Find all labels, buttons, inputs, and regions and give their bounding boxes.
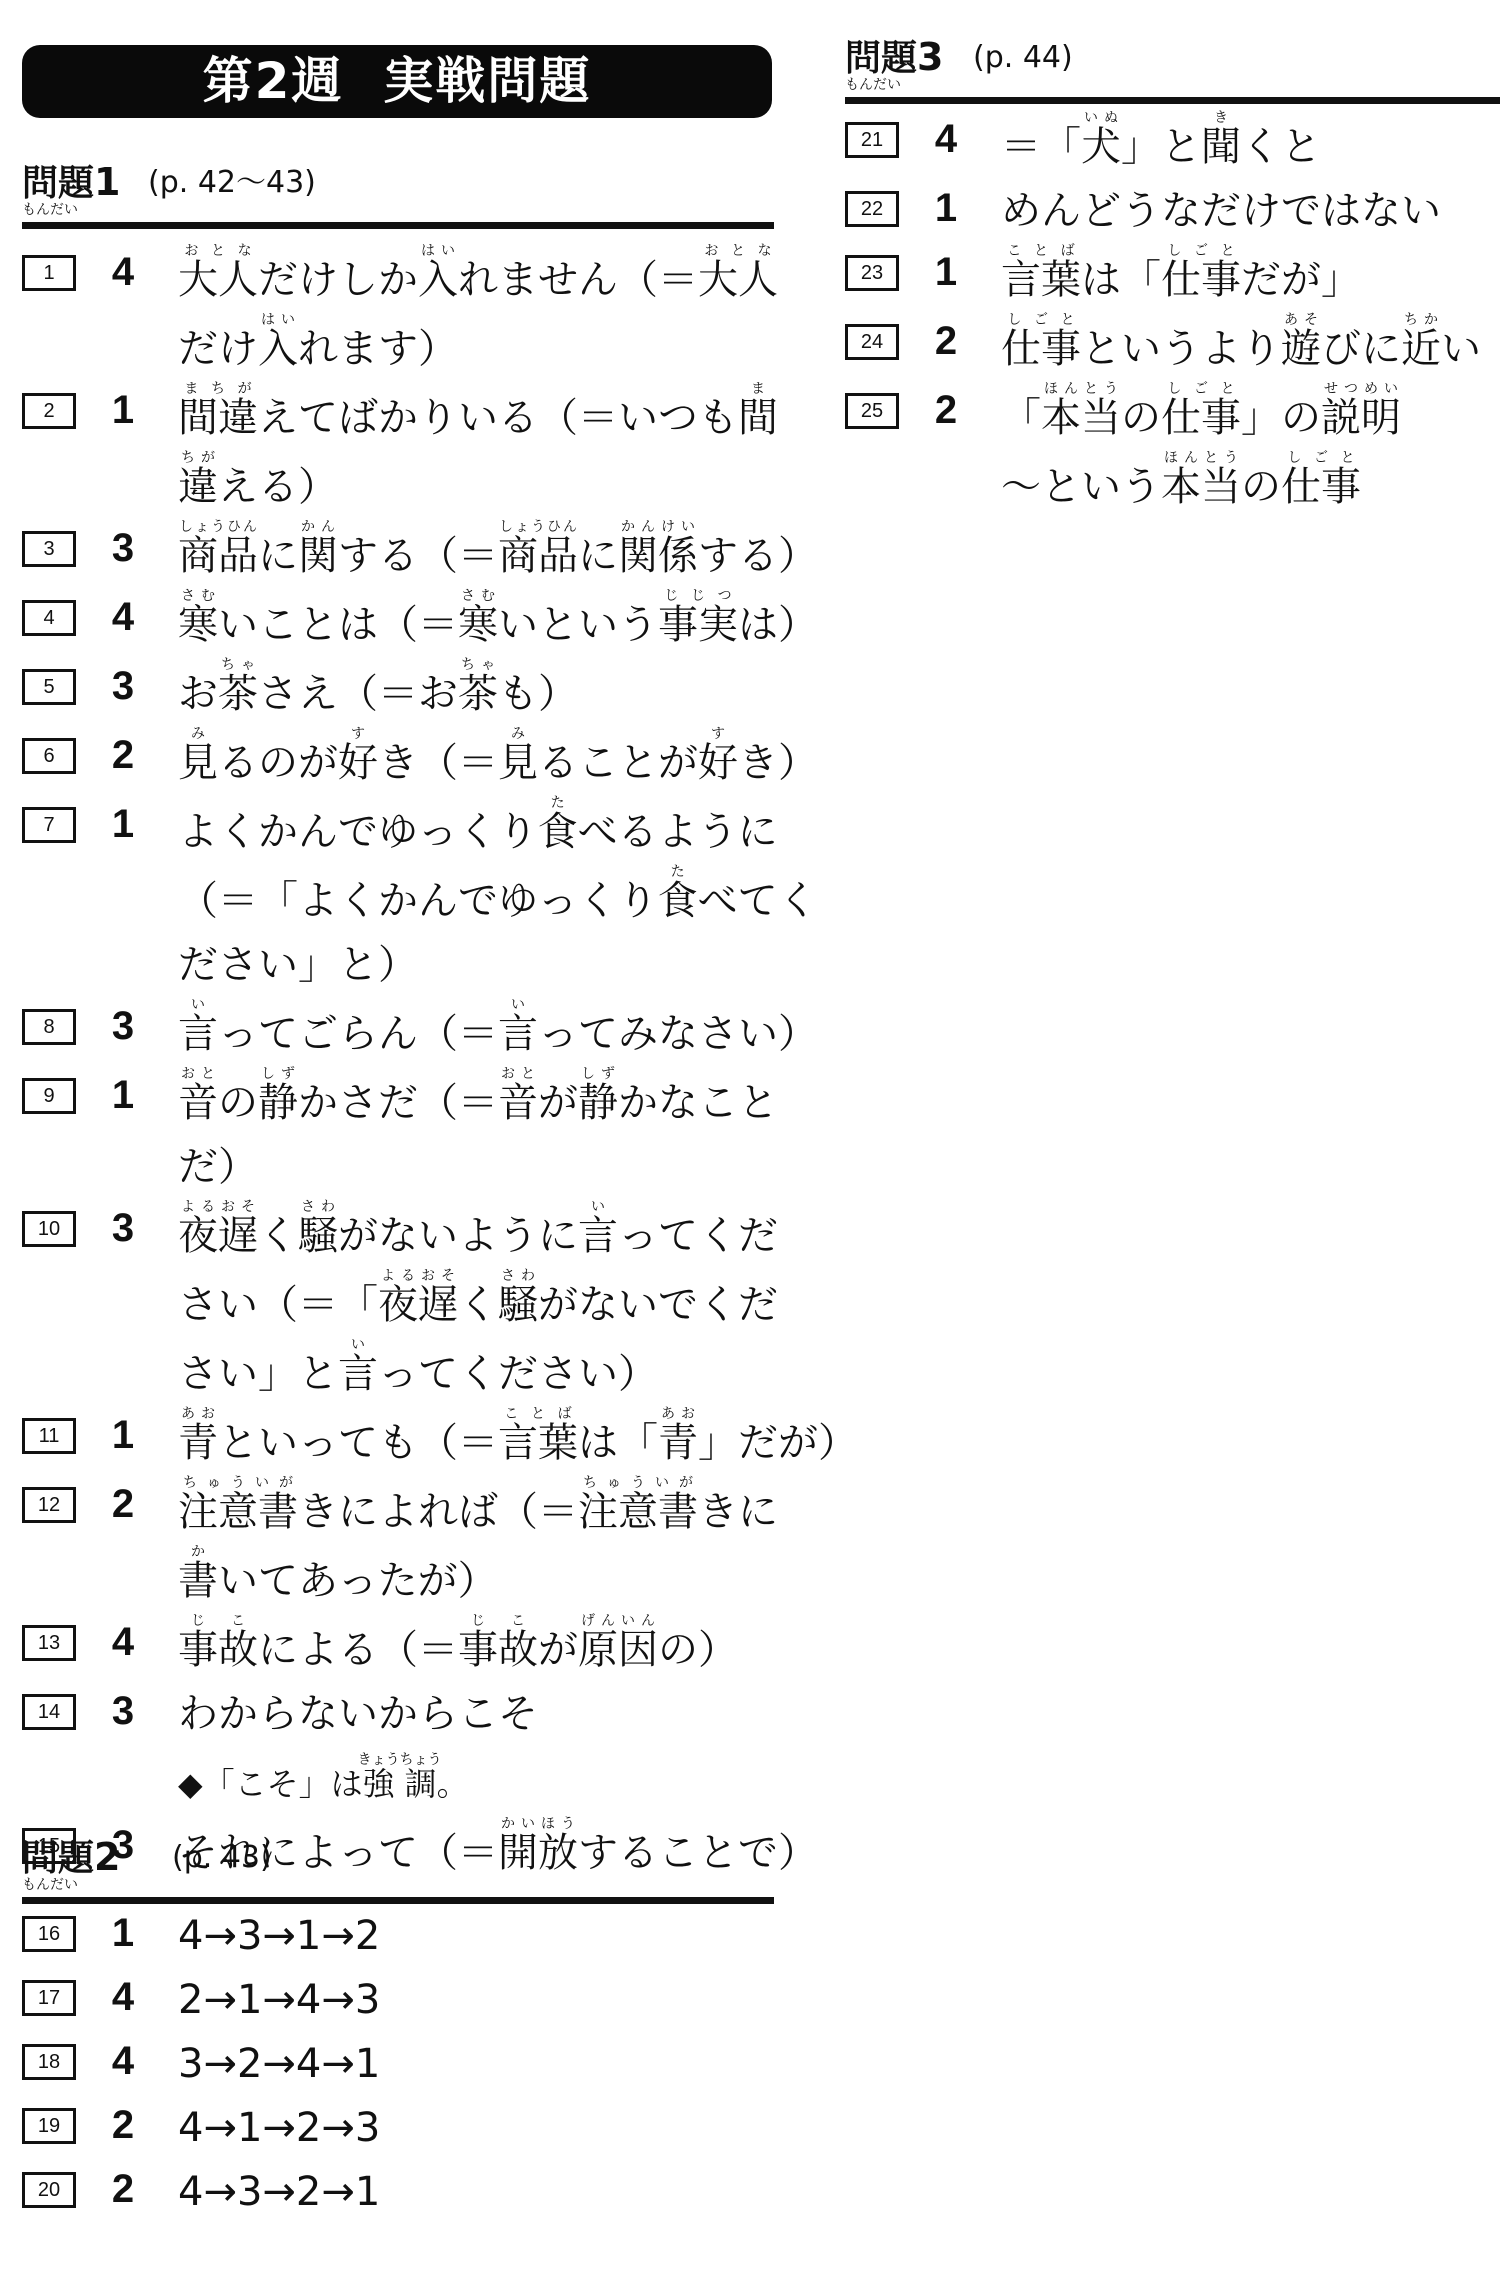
furigana-word: 騒さわ xyxy=(498,1282,538,1328)
furigana-word: 静しず xyxy=(258,1080,298,1126)
answer-choice: 1 xyxy=(92,1410,154,1460)
answer-explanation: 言葉ことばは「仕事しごとだが」 xyxy=(1001,243,1500,312)
explanation-line: 違ちがえる） xyxy=(178,450,778,519)
explanation-line: さい（＝「夜遅よるおそく騒さわがないでくだ xyxy=(178,1268,778,1337)
explanation-line: 注意書ちゅういがきによれば（＝注意書ちゅういがきに xyxy=(178,1475,778,1544)
furigana-word: 青あお xyxy=(178,1420,218,1466)
answer-row: 1614→3→1→2 xyxy=(22,1904,774,1968)
furigana-word: 騒さわ xyxy=(298,1213,338,1259)
answer-explanation: 言いってごらん（＝言いってみなさい） xyxy=(178,997,818,1066)
answer-explanation: よくかんでゆっくり食たべるように（＝「よくかんでゆっくり食たべてください」と） xyxy=(178,795,818,997)
question-number-box: 4 xyxy=(22,600,76,636)
furigana-word: 原因げんいん xyxy=(578,1627,658,1673)
answer-list: 214＝「犬いぬ」と聞きくと221めんどうなだけではない231言葉ことばは「仕事… xyxy=(845,110,1500,519)
explanation-line: 見みるのが好すき（＝見みることが好すき） xyxy=(178,726,818,795)
section-reading: もんだい xyxy=(22,1877,78,1893)
answer-row: 33商品しょうひんに関かんする（＝商品しょうひんに関係かんけいする） xyxy=(22,519,774,588)
question-number-box: 1 xyxy=(22,255,76,291)
answer-row: 1924→1→2→3 xyxy=(22,2096,774,2160)
explanation-line: 夜遅よるおそく騒さわがないように言いってくだ xyxy=(178,1199,778,1268)
answer-row: 134事故じこによる（＝事故じこが原因げんいんの） xyxy=(22,1613,774,1682)
furigana-word: 仕事しごと xyxy=(1001,326,1081,372)
section-reading: もんだい xyxy=(22,202,78,218)
explanation-line: 4→3→2→1 xyxy=(178,2160,774,2224)
question-number-box: 8 xyxy=(22,1009,76,1045)
answer-row: 242仕事しごとというより遊あそびに近ちかい xyxy=(845,312,1500,381)
explanation-line: （＝「よくかんでゆっくり食たべてく xyxy=(178,864,818,933)
answer-explanation: 注意書ちゅういがきによれば（＝注意書ちゅういがきに書かいてあったが） xyxy=(178,1475,778,1613)
answer-choice: 1 xyxy=(92,1908,154,1958)
furigana-word: 大人おとな xyxy=(698,257,778,303)
answer-choice: 4 xyxy=(92,247,154,297)
answer-explanation: 2→1→4→3 xyxy=(178,1968,774,2032)
explanation-line: 事故じこによる（＝事故じこが原因げんいんの） xyxy=(178,1613,774,1682)
furigana-word: 間違まちが xyxy=(178,395,258,441)
furigana-word: 言葉ことば xyxy=(498,1420,578,1466)
answer-explanation: 「本当ほんとうの仕事しごと」の説明せつめい～という本当ほんとうの仕事しごと xyxy=(1001,381,1500,519)
answer-choice: 1 xyxy=(92,385,154,435)
answer-explanation: ＝「犬いぬ」と聞きくと xyxy=(1001,110,1500,179)
furigana-word: 関係かんけい xyxy=(618,533,698,579)
furigana-word: 事故じこ xyxy=(458,1627,538,1673)
question-number-box: 22 xyxy=(845,191,899,227)
section-rule xyxy=(22,222,774,229)
explanation-line: 音おとの静しずかさだ（＝音おとが静しずかなこと xyxy=(178,1066,778,1135)
furigana-word: 茶ちゃ xyxy=(458,671,498,717)
answer-choice: 4 xyxy=(92,1617,154,1667)
furigana-word: 言い xyxy=(178,1011,218,1057)
question-number-box: 10 xyxy=(22,1211,76,1247)
answer-explanation: 3→2→4→1 xyxy=(178,2032,774,2096)
furigana-word: 食た xyxy=(658,878,698,924)
furigana-word: 言い xyxy=(338,1351,378,1397)
section-kanji: 問題3 xyxy=(845,35,943,81)
furigana-word: 夜遅よるおそ xyxy=(178,1213,258,1259)
section-kanji: 問題1 xyxy=(22,160,120,206)
answer-choice: 3 xyxy=(92,1203,154,1253)
explanation-line: お茶ちゃさえ（＝お茶ちゃも） xyxy=(178,657,774,726)
furigana-word: 強調きょうちょう xyxy=(363,1765,437,1803)
answer-row: 103夜遅よるおそく騒さわがないように言いってください（＝「夜遅よるおそく騒さわ… xyxy=(22,1199,774,1406)
answer-choice: 1 xyxy=(915,183,977,233)
answer-explanation: 寒さむいことは（＝寒さむいという事実じじつは） xyxy=(178,588,818,657)
answer-row: 231言葉ことばは「仕事しごとだが」 xyxy=(845,243,1500,312)
furigana-word: 書か xyxy=(178,1558,218,1604)
answer-row: 221めんどうなだけではない xyxy=(845,179,1500,243)
furigana-word: 見み xyxy=(498,740,538,786)
explanation-line: 4→3→1→2 xyxy=(178,1904,774,1968)
explanation-line: 2→1→4→3 xyxy=(178,1968,774,2032)
furigana-word: 静しず xyxy=(578,1080,618,1126)
section-mondai-3: 問題3 (p. 44) もんだい 214＝「犬いぬ」と聞きくと221めんどうなだ… xyxy=(845,35,1500,519)
furigana-word: 夜遅よるおそ xyxy=(378,1282,458,1328)
explanation-line: 仕事しごとというより遊あそびに近ちかい xyxy=(1001,312,1500,381)
question-number-box: 12 xyxy=(22,1487,76,1523)
section-header: 問題1 (p. 42～43) もんだい xyxy=(22,160,774,222)
answer-choice: 4 xyxy=(915,114,977,164)
explanation-line: 商品しょうひんに関かんする（＝商品しょうひんに関係かんけいする） xyxy=(178,519,818,588)
section-rule xyxy=(22,1897,774,1904)
furigana-word: 注意書ちゅういが xyxy=(578,1489,698,1535)
question-number-box: 20 xyxy=(22,2172,76,2208)
answer-row: 71よくかんでゆっくり食たべるように（＝「よくかんでゆっくり食たべてください」と… xyxy=(22,795,774,997)
furigana-word: 近ちか xyxy=(1401,326,1441,372)
answer-explanation: 4→1→2→3 xyxy=(178,2096,774,2160)
explanation-line: 間違まちがえてばかりいる（＝いつも間ま xyxy=(178,381,778,450)
explanation-note: ◆「こそ」は強調きょうちょう。 xyxy=(178,1752,774,1816)
section-header: 問題2 (p. 43) もんだい xyxy=(22,1835,774,1897)
answer-choice: 1 xyxy=(92,1070,154,1120)
answer-row: 53お茶ちゃさえ（＝お茶ちゃも） xyxy=(22,657,774,726)
answer-choice: 2 xyxy=(92,2100,154,2150)
answer-explanation: 大人おとなだけしか入はいれません（＝大人おとなだけ入はいれます） xyxy=(178,243,778,381)
question-number-box: 16 xyxy=(22,1916,76,1952)
explanation-line: 言葉ことばは「仕事しごとだが」 xyxy=(1001,243,1500,312)
answer-row: 83言いってごらん（＝言いってみなさい） xyxy=(22,997,774,1066)
answer-choice: 3 xyxy=(92,661,154,711)
answer-row: 44寒さむいことは（＝寒さむいという事実じじつは） xyxy=(22,588,774,657)
furigana-word: 注意書ちゅういが xyxy=(178,1489,298,1535)
answer-choice: 2 xyxy=(915,385,977,435)
answer-list: 14大人おとなだけしか入はいれません（＝大人おとなだけ入はいれます）21間違まち… xyxy=(22,243,774,1885)
furigana-word: 犬いぬ xyxy=(1081,124,1121,170)
answer-choice: 3 xyxy=(92,523,154,573)
section-rule xyxy=(845,97,1500,104)
furigana-word: 音おと xyxy=(178,1080,218,1126)
answer-row: 111青あおといっても（＝言葉ことばは「青あお」だが） xyxy=(22,1406,774,1475)
furigana-word: 言い xyxy=(498,1011,538,1057)
question-number-box: 14 xyxy=(22,1694,76,1730)
question-number-box: 18 xyxy=(22,2044,76,2080)
answer-explanation: めんどうなだけではない xyxy=(1001,179,1500,243)
explanation-line: 言いってごらん（＝言いってみなさい） xyxy=(178,997,818,1066)
explanation-line: 4→1→2→3 xyxy=(178,2096,774,2160)
question-number-box: 9 xyxy=(22,1078,76,1114)
answer-choice: 2 xyxy=(92,1479,154,1529)
answer-row: 14大人おとなだけしか入はいれません（＝大人おとなだけ入はいれます） xyxy=(22,243,774,381)
answer-choice: 2 xyxy=(92,2164,154,2214)
question-number-box: 19 xyxy=(22,2108,76,2144)
answer-explanation: 間違まちがえてばかりいる（＝いつも間ま違ちがえる） xyxy=(178,381,778,519)
furigana-word: 大人おとな xyxy=(178,257,258,303)
section-pages: (p. 42～43) xyxy=(148,166,316,200)
answer-choice: 1 xyxy=(92,799,154,849)
explanation-line: わからないからこそ xyxy=(178,1682,774,1746)
answer-list: 1614→3→1→21742→1→4→31843→2→4→11924→1→2→3… xyxy=(22,1904,774,2224)
answer-choice: 4 xyxy=(92,1972,154,2022)
page-title: 第2週実戦問題 xyxy=(22,45,772,118)
answer-row: 214＝「犬いぬ」と聞きくと xyxy=(845,110,1500,179)
explanation-line: だ） xyxy=(178,1135,778,1199)
answer-explanation: 音おとの静しずかさだ（＝音おとが静しずかなことだ） xyxy=(178,1066,778,1199)
answer-choice: 4 xyxy=(92,592,154,642)
section-kanji: 問題2 xyxy=(22,1835,120,1881)
answer-row: 21間違まちがえてばかりいる（＝いつも間ま違ちがえる） xyxy=(22,381,774,519)
furigana-word: 言い xyxy=(578,1213,618,1259)
explanation-line: 3→2→4→1 xyxy=(178,2032,774,2096)
furigana-word: 間ま xyxy=(738,395,778,441)
explanation-line: 寒さむいことは（＝寒さむいという事実じじつは） xyxy=(178,588,818,657)
furigana-word: 聞き xyxy=(1201,124,1241,170)
section-pages: (p. 43) xyxy=(172,1841,272,1875)
furigana-word: 食た xyxy=(538,809,578,855)
furigana-word: 商品しょうひん xyxy=(498,533,578,579)
section-pages: (p. 44) xyxy=(973,41,1073,75)
furigana-word: 仕事しごと xyxy=(1161,395,1241,441)
question-number-box: 21 xyxy=(845,122,899,158)
answer-explanation: 商品しょうひんに関かんする（＝商品しょうひんに関係かんけいする） xyxy=(178,519,818,588)
explanation-line: めんどうなだけではない xyxy=(1001,179,1500,243)
section-header: 問題3 (p. 44) もんだい xyxy=(845,35,1500,97)
answer-row: 252「本当ほんとうの仕事しごと」の説明せつめい～という本当ほんとうの仕事しごと xyxy=(845,381,1500,519)
question-number-box: 11 xyxy=(22,1418,76,1454)
explanation-line: だけ入はいれます） xyxy=(178,312,778,381)
question-number-box: 5 xyxy=(22,669,76,705)
furigana-word: 商品しょうひん xyxy=(178,533,258,579)
question-number-box: 6 xyxy=(22,738,76,774)
answer-choice: 3 xyxy=(92,1001,154,1051)
question-number-box: 23 xyxy=(845,255,899,291)
answer-explanation: 4→3→2→1 xyxy=(178,2160,774,2224)
explanation-line: よくかんでゆっくり食たべるように xyxy=(178,795,818,864)
question-number-box: 7 xyxy=(22,807,76,843)
furigana-word: 関かん xyxy=(298,533,338,579)
answer-choice: 4 xyxy=(92,2036,154,2086)
answer-explanation: 4→3→1→2 xyxy=(178,1904,774,1968)
explanation-line: ださい」と） xyxy=(178,933,818,997)
furigana-word: 好す xyxy=(698,740,738,786)
answer-explanation: 青あおといっても（＝言葉ことばは「青あお」だが） xyxy=(178,1406,858,1475)
section-mondai-2: 問題2 (p. 43) もんだい 1614→3→1→21742→1→4→3184… xyxy=(22,1835,774,2224)
question-number-box: 13 xyxy=(22,1625,76,1661)
furigana-word: 茶ちゃ xyxy=(218,671,258,717)
furigana-word: 事故じこ xyxy=(178,1627,258,1673)
question-number-box: 17 xyxy=(22,1980,76,2016)
explanation-line: 書かいてあったが） xyxy=(178,1544,778,1613)
answer-explanation: わからないからこそ◆「こそ」は強調きょうちょう。 xyxy=(178,1682,774,1816)
answer-row: 1843→2→4→1 xyxy=(22,2032,774,2096)
explanation-line: 青あおといっても（＝言葉ことばは「青あお」だが） xyxy=(178,1406,858,1475)
answer-row: 143わからないからこそ◆「こそ」は強調きょうちょう。 xyxy=(22,1682,774,1816)
answer-explanation: 事故じこによる（＝事故じこが原因げんいんの） xyxy=(178,1613,774,1682)
explanation-line: ～という本当ほんとうの仕事しごと xyxy=(1001,450,1500,519)
question-number-box: 25 xyxy=(845,393,899,429)
answer-explanation: お茶ちゃさえ（＝お茶ちゃも） xyxy=(178,657,774,726)
explanation-line: さい」と言いってください） xyxy=(178,1337,778,1406)
answer-choice: 2 xyxy=(92,730,154,780)
title-week: 第2週 xyxy=(203,52,344,110)
furigana-word: 寒さむ xyxy=(178,602,218,648)
furigana-word: 仕事しごと xyxy=(1281,464,1361,510)
question-number-box: 3 xyxy=(22,531,76,567)
explanation-line: ＝「犬いぬ」と聞きくと xyxy=(1001,110,1500,179)
furigana-word: 入はい xyxy=(418,257,458,303)
furigana-word: 音おと xyxy=(498,1080,538,1126)
furigana-word: 好す xyxy=(338,740,378,786)
question-number-box: 2 xyxy=(22,393,76,429)
answer-row: 91音おとの静しずかさだ（＝音おとが静しずかなことだ） xyxy=(22,1066,774,1199)
answer-row: 122注意書ちゅういがきによれば（＝注意書ちゅういがきに書かいてあったが） xyxy=(22,1475,774,1613)
section-reading: もんだい xyxy=(845,77,901,93)
question-number-box: 24 xyxy=(845,324,899,360)
answer-row: 1742→1→4→3 xyxy=(22,1968,774,2032)
section-mondai-1: 問題1 (p. 42～43) もんだい 14大人おとなだけしか入はいれません（＝… xyxy=(22,160,774,1885)
furigana-word: 仕事しごと xyxy=(1161,257,1241,303)
furigana-word: 本当ほんとう xyxy=(1161,464,1241,510)
furigana-word: 見み xyxy=(178,740,218,786)
furigana-word: 入はい xyxy=(258,326,298,372)
answer-explanation: 仕事しごとというより遊あそびに近ちかい xyxy=(1001,312,1500,381)
furigana-word: 言葉ことば xyxy=(1001,257,1081,303)
furigana-word: 本当ほんとう xyxy=(1041,395,1121,441)
answer-row: 62見みるのが好すき（＝見みることが好すき） xyxy=(22,726,774,795)
furigana-word: 寒さむ xyxy=(458,602,498,648)
answer-choice: 2 xyxy=(915,316,977,366)
furigana-word: 事実じじつ xyxy=(658,602,738,648)
answer-row: 2024→3→2→1 xyxy=(22,2160,774,2224)
title-label: 実戦問題 xyxy=(383,52,591,110)
furigana-word: 違ちが xyxy=(178,464,218,510)
answer-explanation: 見みるのが好すき（＝見みることが好すき） xyxy=(178,726,818,795)
answer-choice: 3 xyxy=(92,1686,154,1736)
explanation-line: 大人おとなだけしか入はいれません（＝大人おとな xyxy=(178,243,778,312)
furigana-word: 説明せつめい xyxy=(1321,395,1401,441)
answer-choice: 1 xyxy=(915,247,977,297)
explanation-line: 「本当ほんとうの仕事しごと」の説明せつめい xyxy=(1001,381,1500,450)
furigana-word: 青あお xyxy=(658,1420,698,1466)
furigana-word: 遊あそ xyxy=(1281,326,1321,372)
answer-explanation: 夜遅よるおそく騒さわがないように言いってください（＝「夜遅よるおそく騒さわがない… xyxy=(178,1199,778,1406)
